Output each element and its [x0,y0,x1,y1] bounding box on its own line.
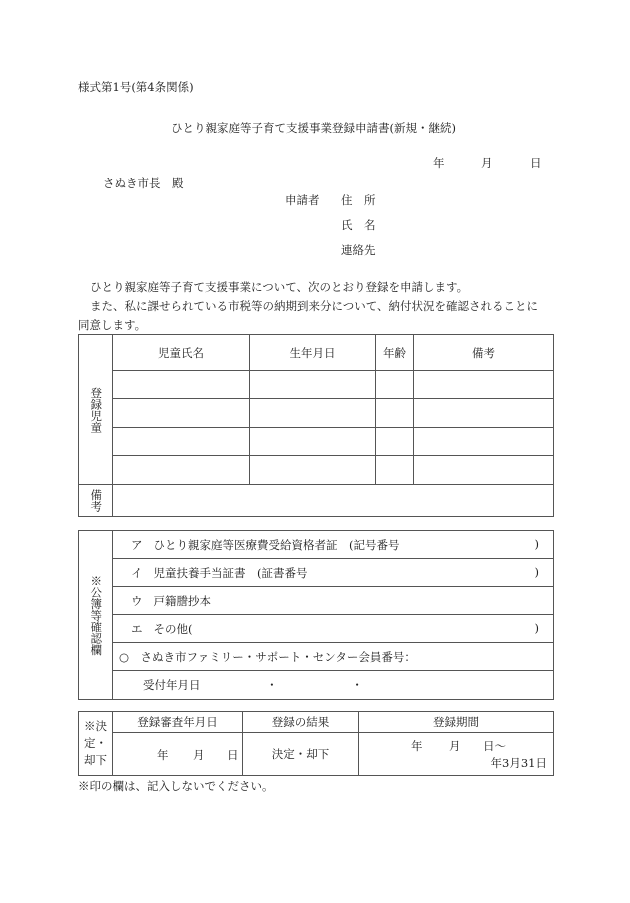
confirm-item-e[interactable]: エ その他( ) [113,615,554,643]
applicant-name-field[interactable]: 氏 名 [341,217,376,233]
age-cell[interactable] [376,371,414,399]
remarks-field[interactable] [113,485,554,517]
confirm-item-i[interactable]: イ 児童扶養手当証書 (証書番号 ) [113,559,554,587]
remarks-label: 備考 [90,489,102,512]
children-table: 登録児童 児童氏名 生年月日 年齢 備考 備考 [78,334,554,517]
received-label: 受付年月日 [143,678,201,692]
period-day: 日～ [483,738,506,754]
table-row [79,371,554,399]
review-year: 年 [157,747,169,763]
birthdate-cell[interactable] [250,371,376,399]
period-end: 年3月31日 [491,755,547,771]
item-text: ひとり親家庭等医療費受給資格者証 (記号番号 [153,538,399,552]
children-side-label-cell: 登録児童 [79,335,113,485]
close-paren: ) [535,537,554,551]
children-side-label: 登録児童 [90,387,102,433]
table-row [79,399,554,428]
header-child-name: 児童氏名 [113,335,250,371]
child-name-cell[interactable] [113,456,250,485]
review-day: 日 [227,747,239,763]
confirm-item-a[interactable]: ア ひとり親家庭等医療費受給資格者証 (記号番号 ) [113,531,554,559]
header-period: 登録期間 [359,712,554,733]
date-day: 日 [530,155,542,171]
birthdate-cell[interactable] [250,456,376,485]
review-month: 月 [193,747,205,763]
received-dot-2: ・ [351,678,363,692]
decision-table: ※決定・却下 登録審査年月日 登録の結果 登録期間 年 月 日 決定・却下 年 … [78,711,554,776]
support-center-number[interactable]: ○ さぬき市ファミリー・サポート・センター会員番号： [113,643,554,671]
form-number: 様式第1号(第4条関係) [78,79,194,95]
period-cell: 年 月 日～ 年3月31日 [359,733,554,776]
child-name-cell[interactable] [113,428,250,456]
close-paren: ) [535,621,554,635]
body-para2-line2: 同意します。 [78,317,146,333]
header-result: 登録の結果 [243,712,359,733]
date-year: 年 [433,155,445,171]
age-cell[interactable] [376,399,414,428]
header-remarks: 備考 [414,335,554,371]
header-review-date: 登録審査年月日 [113,712,243,733]
table-row [79,428,554,456]
table-row [79,456,554,485]
applicant-contact-field[interactable]: 連絡先 [341,242,376,258]
remarks-cell[interactable] [414,399,554,428]
confirmation-side-label: ※公簿等確認欄 [90,575,102,656]
review-date-cell: 年 月 日 [113,733,243,776]
remarks-cell[interactable] [414,456,554,485]
confirmation-table: ※公簿等確認欄 ア ひとり親家庭等医療費受給資格者証 (記号番号 ) イ 児童扶… [78,530,554,700]
result-cell: 決定・却下 [243,733,359,776]
item-mark: ウ [131,594,143,608]
received-date[interactable]: 受付年月日 ・ ・ [113,671,554,700]
confirm-item-u[interactable]: ウ 戸籍謄抄本 [113,587,554,615]
item-mark: ア [131,538,143,552]
received-dot-1: ・ [266,678,278,692]
body-para2-line1: また、私に課せられている市税等の納期到来分について、納付状況を確認されることに [90,298,538,314]
item-text: その他( [153,622,192,636]
birthdate-cell[interactable] [250,428,376,456]
confirmation-side-label-cell: ※公簿等確認欄 [79,531,113,700]
age-cell[interactable] [376,428,414,456]
item-mark: イ [131,566,143,580]
period-month: 月 [449,738,461,754]
applicant-label: 申請者 [285,192,320,208]
header-age: 年齢 [376,335,414,371]
header-birthdate: 生年月日 [250,335,376,371]
child-name-cell[interactable] [113,371,250,399]
applicant-address-field[interactable]: 住 所 [341,192,376,208]
item-text: 児童扶養手当証書 (証書番号 [153,566,307,580]
close-paren: ) [535,565,554,579]
remarks-label-cell: 備考 [79,485,113,517]
decision-side-label: ※決定・却下 [79,712,113,776]
child-name-cell[interactable] [113,399,250,428]
date-month: 月 [481,155,493,171]
remarks-cell[interactable] [414,371,554,399]
footnote: ※印の欄は、記入しないでください。 [78,778,274,794]
birthdate-cell[interactable] [250,399,376,428]
remarks-cell[interactable] [414,428,554,456]
addressee: さぬき市長 殿 [103,175,184,191]
document-title: ひとり親家庭等子育て支援事業登録申請書(新規・継続) [171,120,456,136]
item-mark: エ [131,622,143,636]
body-para1: ひとり親家庭等子育て支援事業について、次のとおり登録を申請します。 [90,279,468,295]
item-text: 戸籍謄抄本 [153,594,211,608]
age-cell[interactable] [376,456,414,485]
period-year: 年 [411,738,423,754]
